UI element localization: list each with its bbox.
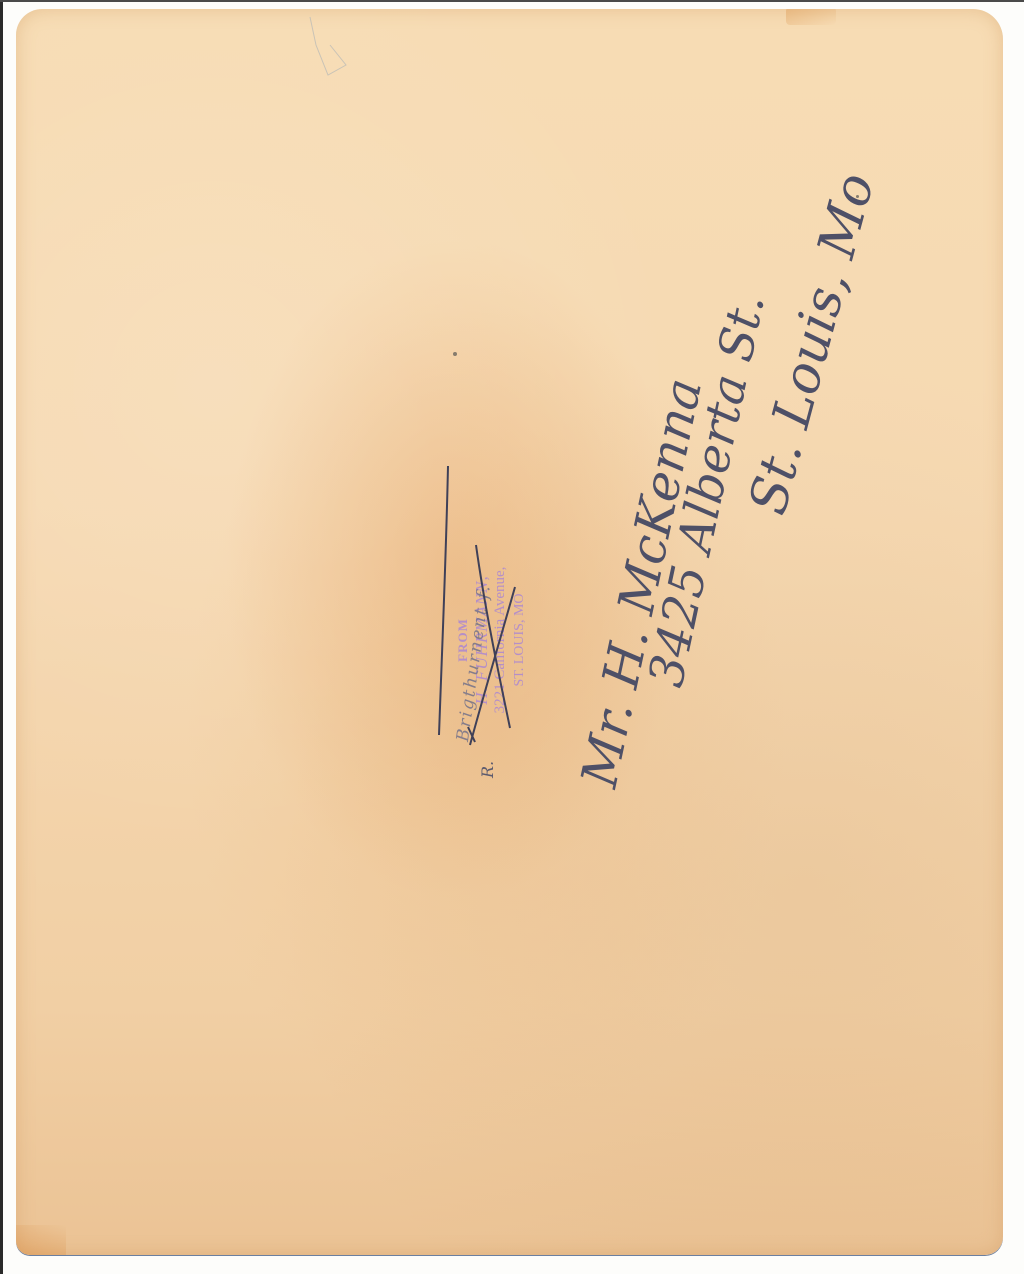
stamp-city: ST. LOUIS, MO xyxy=(510,510,529,770)
scan-edge-left xyxy=(0,0,3,1274)
faint-pencil-mark xyxy=(308,15,348,85)
speck xyxy=(453,352,457,356)
stamp-address: 3221 California Avenue, xyxy=(491,510,510,770)
corner-wear xyxy=(16,1225,66,1255)
top-edge-wear xyxy=(786,9,836,25)
pencil-initial: R. xyxy=(478,761,497,778)
scan-edge-top xyxy=(0,0,1024,2)
